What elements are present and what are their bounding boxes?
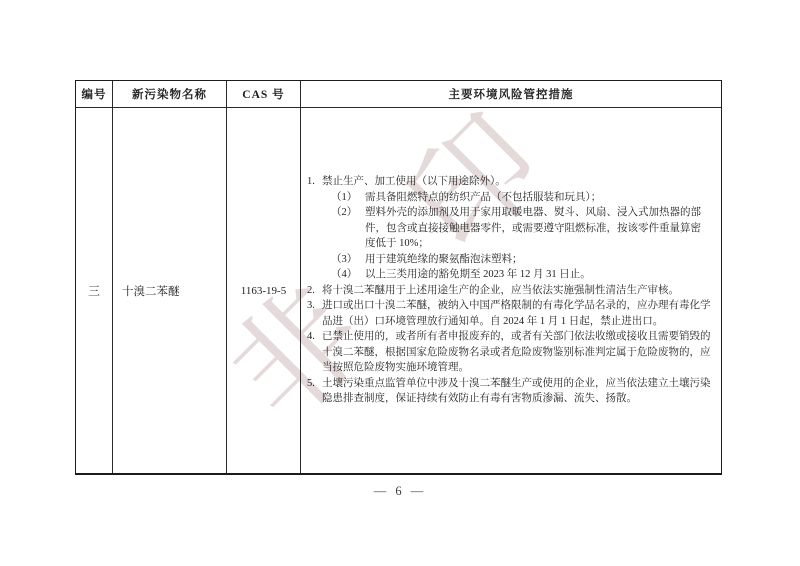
cell-number: 三 (76, 108, 112, 473)
table-header-row: 编号 新污染物名称 CAS 号 主要环境风险管控措施 (76, 81, 721, 108)
measure-item-1-marker: 1. (307, 174, 322, 190)
measure-item-4: 4. 已禁止使用的，或者所有者申报废弃的，或者有关部门依法收缴或接收且需要销毁的… (307, 329, 711, 376)
measure-item-1-sub-3: （3） 用于建筑绝缘的聚氨酯泡沫塑料； (331, 252, 711, 268)
measure-item-3-marker: 3. (307, 298, 322, 329)
measure-item-2-text: 将十溴二苯醚用于上述用途生产的企业，应当依法实施强制性清洁生产审核。 (322, 283, 711, 299)
measure-item-1-sub-1-text: 需具备阻燃特点的纺织产品（不包括服装和玩具）； (365, 190, 711, 206)
measure-item-5: 5. 土壤污染重点监管单位中涉及十溴二苯醚生产或使用的企业，应当依法建立土壤污染… (307, 376, 711, 407)
measure-item-1-sub-2: （2） 塑料外壳的添加剂及用于家用取暖电器、熨斗、风扇、浸入式加热器的部件，包含… (331, 205, 711, 252)
pollutant-measures-table: 编号 新污染物名称 CAS 号 主要环境风险管控措施 三 十溴二苯醚 1163-… (75, 80, 722, 475)
measure-item-1-sub-2-marker: （2） (331, 205, 365, 252)
measure-item-5-text: 土壤污染重点监管单位中涉及十溴二苯醚生产或使用的企业，应当依法建立土壤污染隐患排… (322, 376, 711, 407)
measure-item-1-sub-3-text: 用于建筑绝缘的聚氨酯泡沫塑料； (365, 252, 711, 268)
measure-item-1-sub-1: （1） 需具备阻燃特点的纺织产品（不包括服装和玩具）； (331, 190, 711, 206)
measure-item-3: 3. 进口或出口十溴二苯醚，被纳入中国严格限制的有毒化学品名录的，应办理有毒化学… (307, 298, 711, 329)
measure-item-1-sub-1-marker: （1） (331, 190, 365, 206)
measure-item-2: 2. 将十溴二苯醚用于上述用途生产的企业，应当依法实施强制性清洁生产审核。 (307, 283, 711, 299)
page-number: — 6 — (0, 484, 800, 499)
measure-item-3-text: 进口或出口十溴二苯醚，被纳入中国严格限制的有毒化学品名录的，应办理有毒化学品进（… (322, 298, 711, 329)
cell-cas-number: 1163-19-5 (226, 108, 300, 473)
measure-item-4-marker: 4. (307, 329, 322, 376)
table-data-row: 三 十溴二苯醚 1163-19-5 1. 禁止生产、加工使用（以下用途除外）。 … (76, 108, 721, 473)
measure-item-1-sub-3-marker: （3） (331, 252, 365, 268)
measure-item-2-marker: 2. (307, 283, 322, 299)
measure-item-1: 1. 禁止生产、加工使用（以下用途除外）。 (307, 174, 711, 190)
header-cell-control-measures: 主要环境风险管控措施 (300, 81, 721, 108)
measure-item-1-sub-4-marker: （4） (331, 267, 365, 283)
cell-pollutant-name: 十溴二苯醚 (112, 108, 226, 473)
measure-item-4-text: 已禁止使用的，或者所有者申报废弃的，或者有关部门依法收缴或接收且需要销毁的十溴二… (322, 329, 711, 376)
measures-list: 1. 禁止生产、加工使用（以下用途除外）。 （1） 需具备阻燃特点的纺织产品（不… (307, 174, 711, 407)
header-cell-number: 编号 (76, 81, 112, 108)
measure-item-1-sub-2-text: 塑料外壳的添加剂及用于家用取暖电器、熨斗、风扇、浸入式加热器的部件，包含或直接接… (365, 205, 711, 252)
measure-item-1-sub-4-text: 以上三类用途的豁免期至 2023 年 12 月 31 日止。 (365, 267, 711, 283)
measure-item-1-text: 禁止生产、加工使用（以下用途除外）。 (322, 174, 711, 190)
measure-item-1-sub-4: （4） 以上三类用途的豁免期至 2023 年 12 月 31 日止。 (331, 267, 711, 283)
header-cell-cas-number: CAS 号 (226, 81, 300, 108)
header-cell-pollutant-name: 新污染物名称 (112, 81, 226, 108)
document-page: 非 印 编号 新污染物名称 CAS 号 主要环境风险管控措施 三 十溴二苯醚 1… (0, 0, 800, 566)
cell-control-measures: 1. 禁止生产、加工使用（以下用途除外）。 （1） 需具备阻燃特点的纺织产品（不… (300, 108, 721, 473)
measure-item-5-marker: 5. (307, 376, 322, 407)
